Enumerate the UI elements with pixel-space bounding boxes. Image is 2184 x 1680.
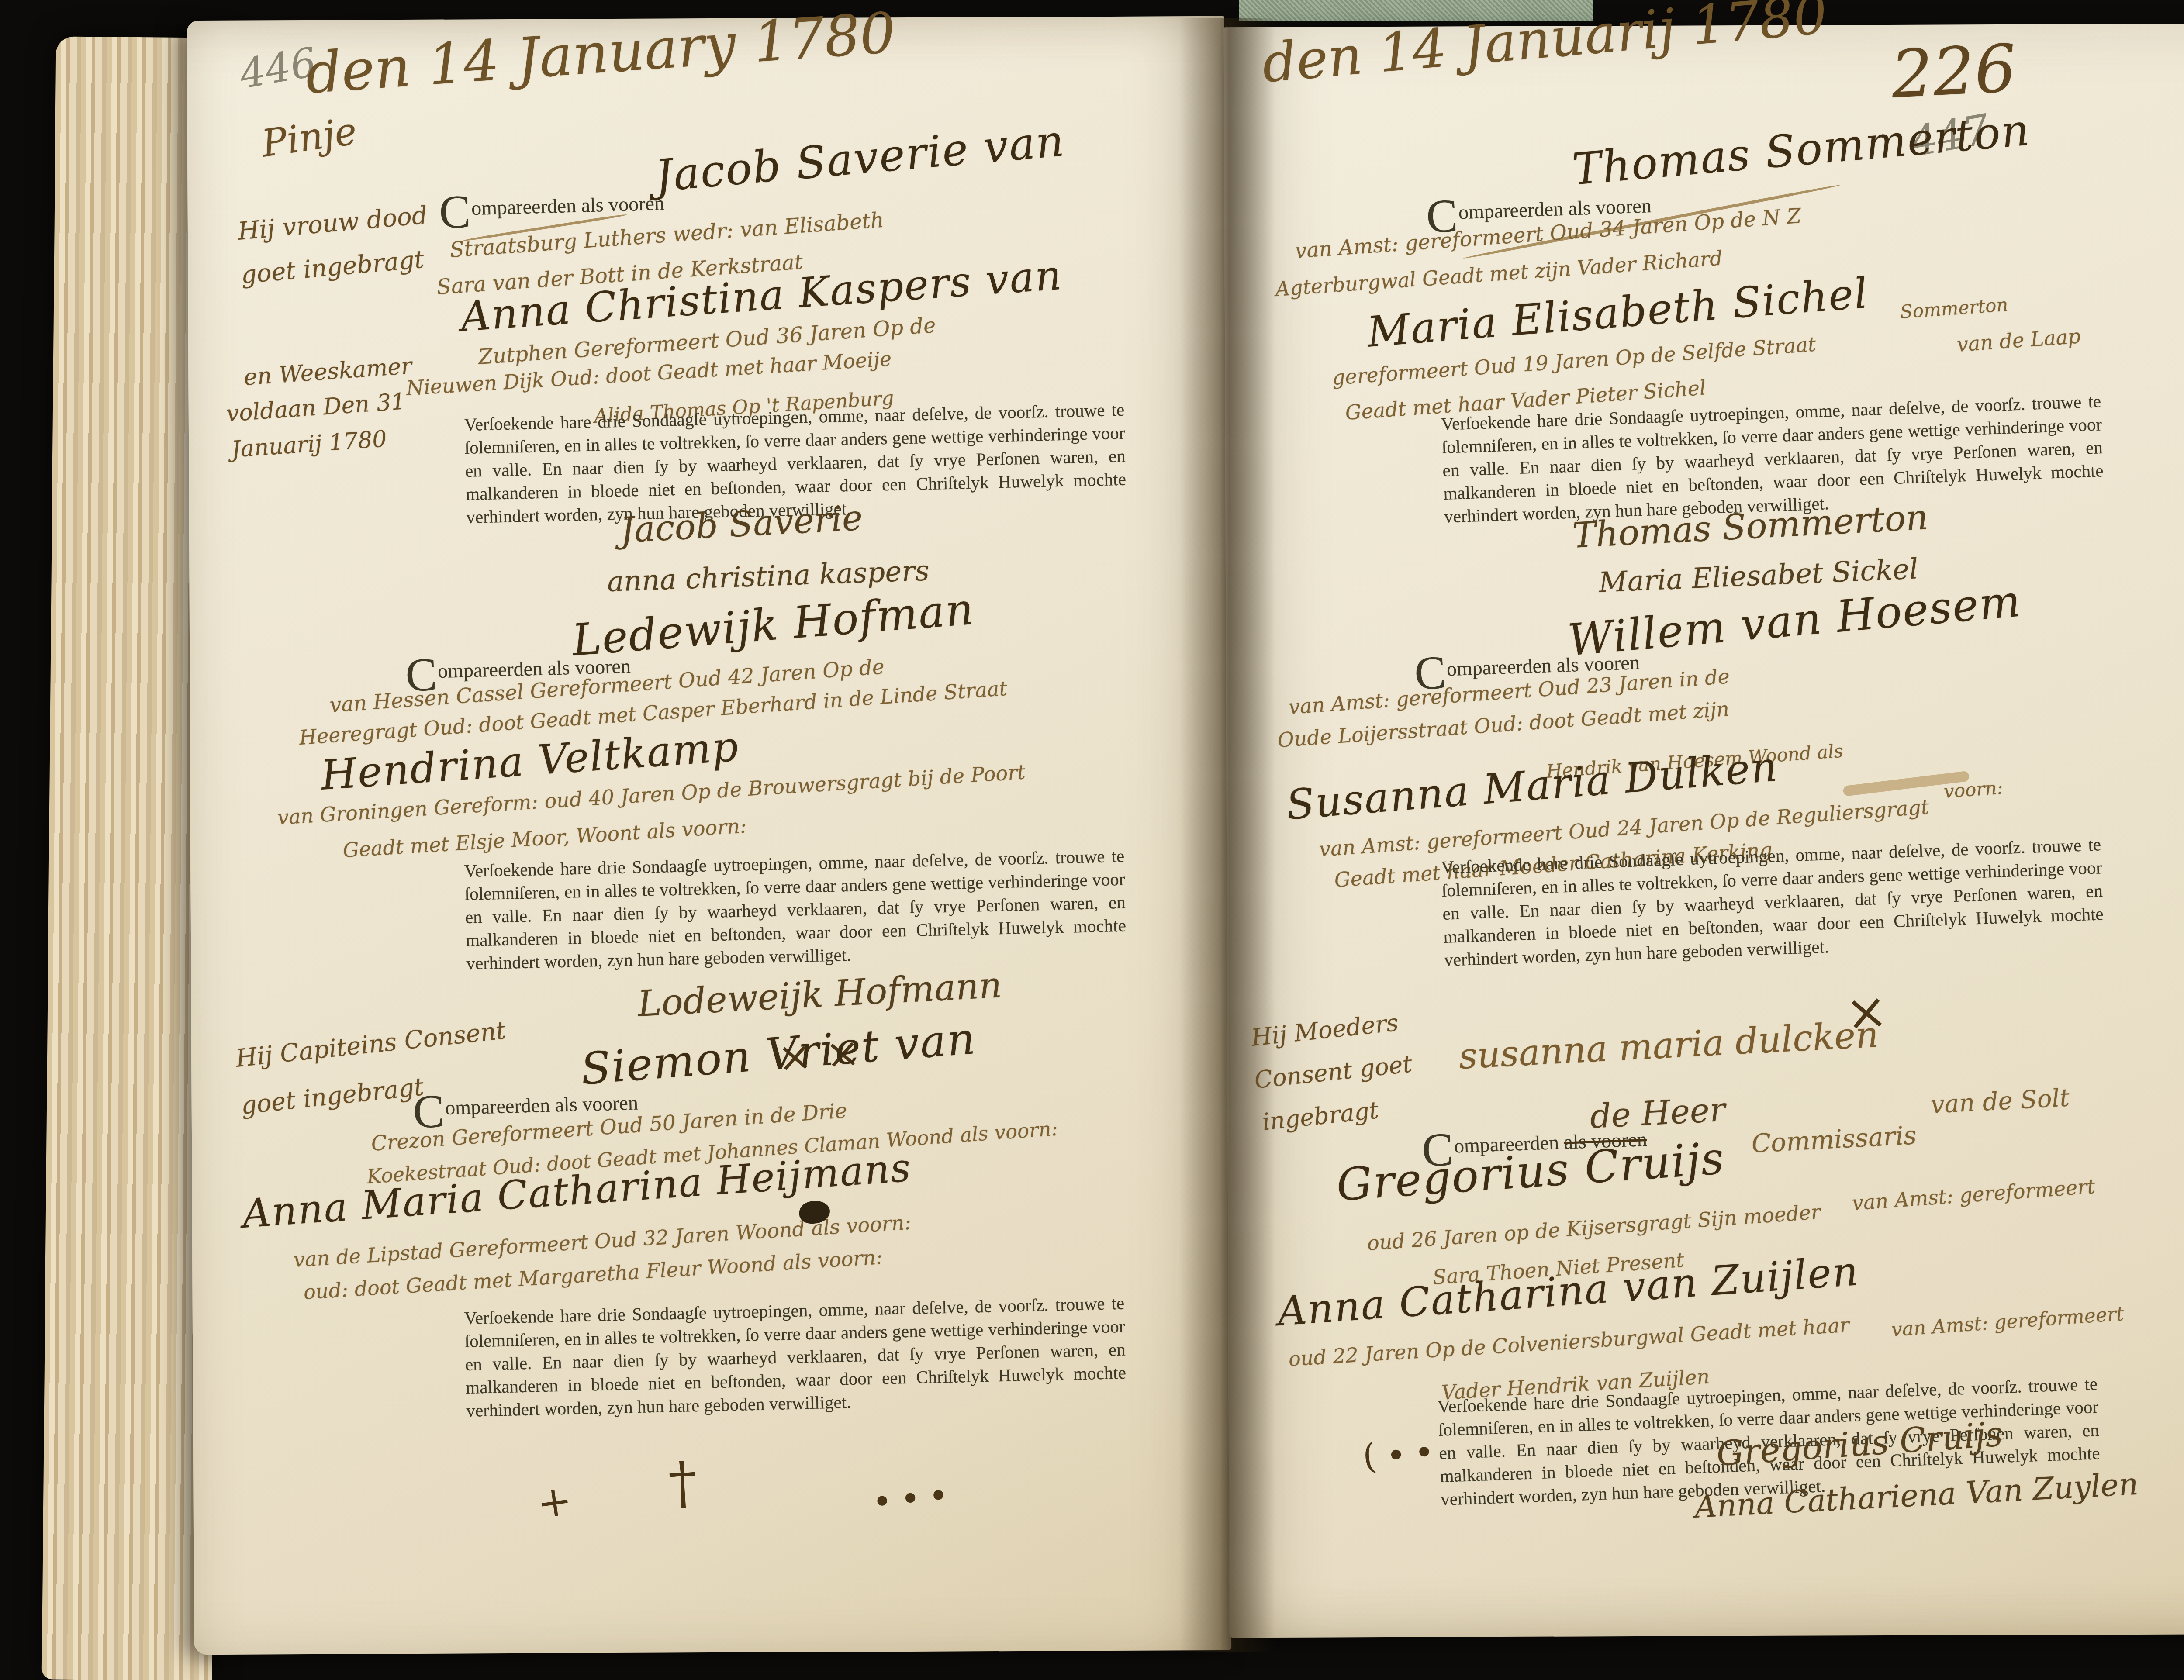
ink-dots: ( ∙ ∙ <box>1361 1429 1434 1477</box>
banns-formula: Verſoekende hare drie Sondaagſe uytroepi… <box>1441 833 2105 971</box>
banns-formula: Verſoekende hare drie Sondaagſe uytroepi… <box>464 845 1127 975</box>
signature-cross-mark: + <box>534 1476 575 1528</box>
book-scan: 446 den 14 January 1780 Pinje Jacob Save… <box>0 0 2184 1680</box>
banns-formula: Verſoekende hare drie Sondaagſe uytroepi… <box>464 1292 1127 1422</box>
signature-cross-mark: † <box>667 1449 698 1516</box>
right-folio-ink: 226 <box>1889 31 2018 113</box>
ink-dots: ∙ ∙ ∙ <box>871 1473 949 1521</box>
drop-cap: C <box>439 186 471 238</box>
